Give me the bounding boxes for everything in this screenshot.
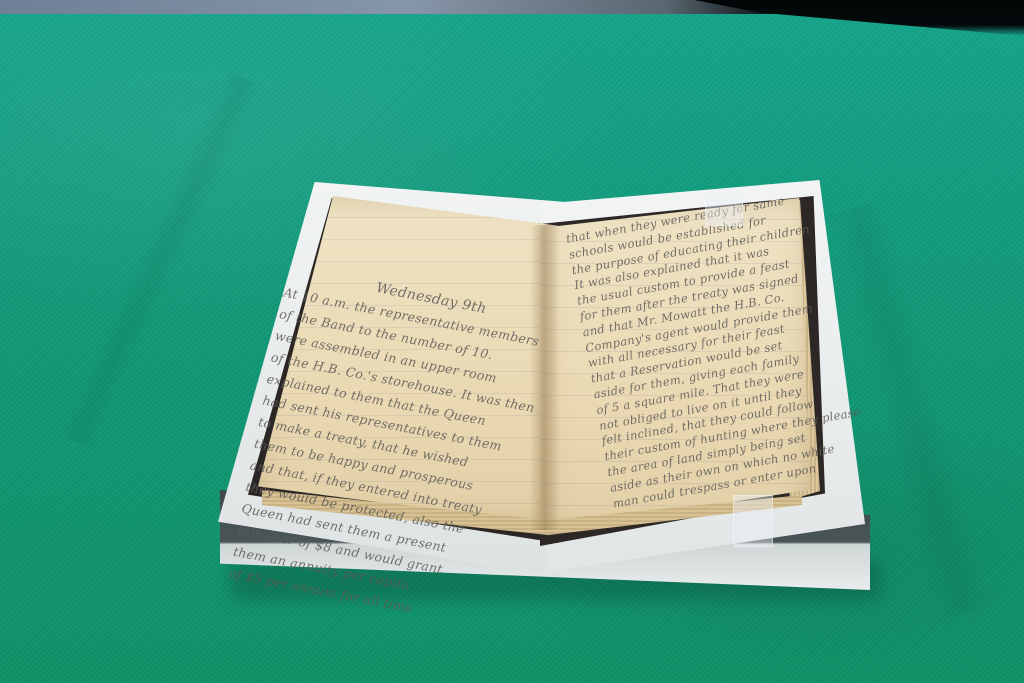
photo-scene: Wednesday 9th At 10 a.m. the representat… (0, 0, 1024, 683)
right-page-handwriting: that when they were ready for same schoo… (565, 187, 870, 512)
tape-strip-bottom (733, 495, 773, 547)
tape-strip-top (705, 196, 743, 226)
